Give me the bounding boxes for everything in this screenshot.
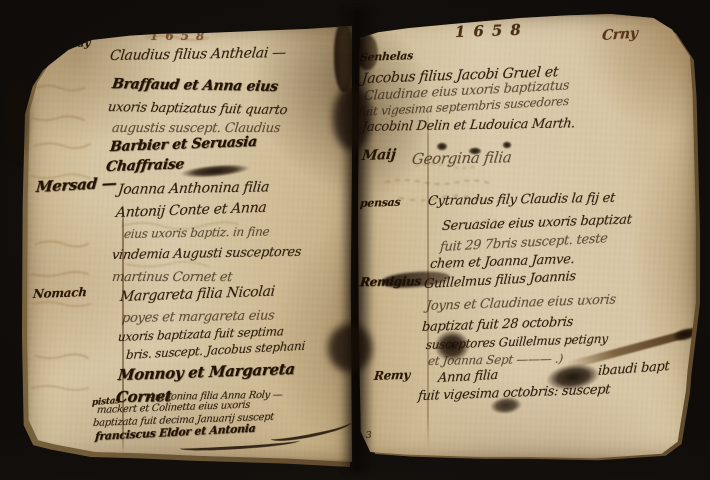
manuscript-line: Claudius filius Anthelai — [109,45,287,64]
manuscript-line: Joanna Anthonina filia [117,179,270,198]
margin-note: Sonhellay [33,36,91,53]
manuscript-line: ibaudi bapt [598,359,670,379]
manuscript-scan: 1658 Sonhellay Mersad — Nomach pistas Cl… [0,0,710,480]
manuscript-line: poyes et margareta eius [121,308,275,326]
gutter-smudge [328,324,372,372]
burn-stain [334,22,354,92]
manuscript-line: chem et Joanna Jamve. [429,252,575,272]
margin-note: Nomach [33,285,88,301]
right-page: 1658 Crny Senhelas Jacobus filius Jacobi… [356,14,696,460]
manuscript-line: Cytrandus fily Claudis la fij et [427,191,616,209]
margin-note: Remy [373,368,410,383]
ink-spot [468,147,482,155]
margin-note: Mersad — [35,174,117,196]
manuscript-line: fuit 29 7bris suscept. teste [439,231,608,255]
left-page: 1658 Sonhellay Mersad — Nomach pistas Cl… [26,26,352,462]
manuscript-line: Chaffraise [105,156,185,175]
manuscript-line: uxoris baptizatus fuit quarto [107,100,288,118]
manuscript-line: vindemia Augusti susceptores [111,245,302,263]
manuscript-line: Monnoy et Margareta [117,360,295,384]
ink-spot [436,142,448,151]
ink-blot [180,162,251,180]
manuscript-line: Jacobinl Delin et Ludouica Marth. [361,116,576,135]
year-header: 1658 [455,20,529,41]
manuscript-line: Barbier et Seruasia [109,134,257,155]
ink-blot [434,330,470,362]
manuscript-line: Margareta filia Nicolai [119,284,275,305]
folio-mark: Crny [601,25,638,44]
ink-spot [502,141,512,149]
page-number: 3 [366,431,371,441]
margin-note: pensas [360,196,401,210]
margin-note: Maij [361,147,396,164]
ink-flourish [180,437,300,452]
manuscript-line: Joyns et Claudinae eius uxoris [425,292,616,314]
cover-edge-shadow [6,66,28,158]
manuscript-line: Braffaud et Anna eius [111,76,279,95]
manuscript-line: Antonij Conte et Anna [115,200,267,221]
manuscript-line: Anna filia [437,368,498,386]
manuscript-line: eius uxoris baptiz. in fine [123,224,270,241]
year-header: 1658 [150,29,211,43]
manuscript-line: Georgina filia [411,148,513,168]
gutter-smudge [333,86,371,150]
manuscript-line: martinus Cornet et [111,270,233,285]
burn-stain [356,34,378,70]
